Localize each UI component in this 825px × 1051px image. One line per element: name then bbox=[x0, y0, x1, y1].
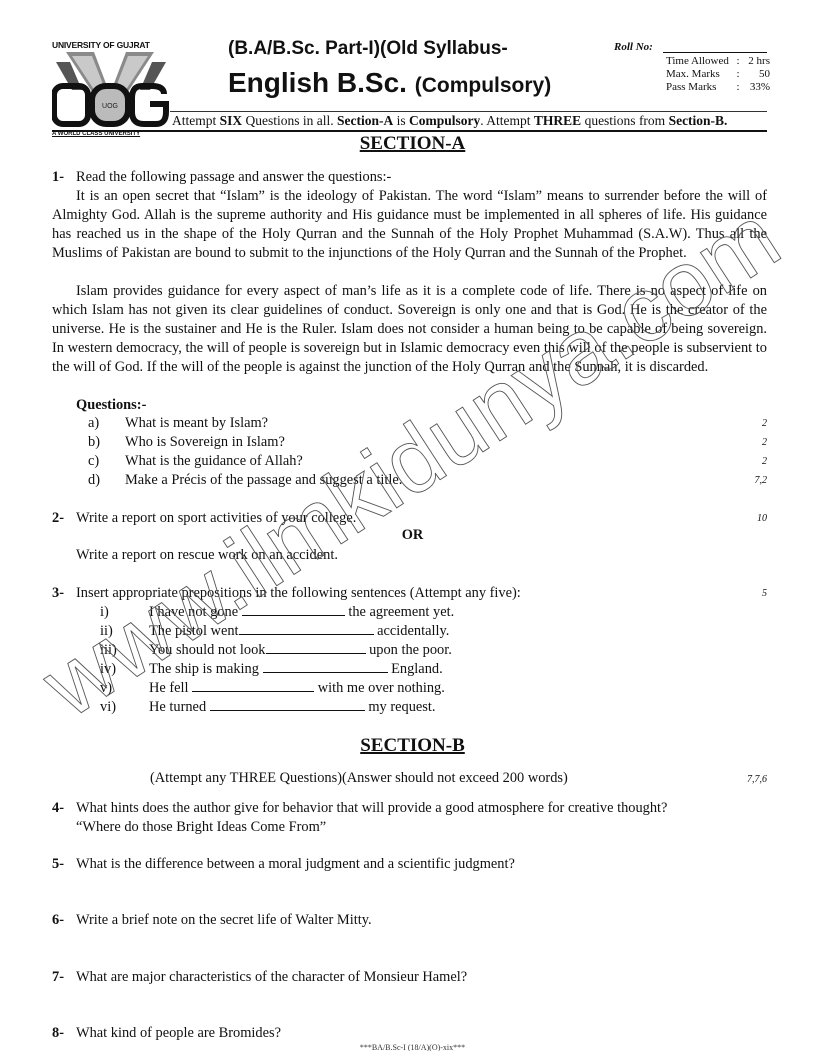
answer-blank[interactable] bbox=[239, 622, 374, 635]
section-a-heading: SECTION-A bbox=[0, 133, 825, 155]
paper-code-footer: ***BA/B.Sc-I (18/A)(O)-xix*** bbox=[0, 1043, 825, 1051]
question-7: 7- What are major characteristics of the… bbox=[52, 968, 767, 987]
sub-question-c: c)What is the guidance of Allah? bbox=[88, 452, 303, 471]
or-separator: OR bbox=[0, 527, 825, 544]
exam-subject-title: English B.Sc. (Compulsory) bbox=[228, 67, 551, 99]
roll-no-label: Roll No: bbox=[614, 41, 653, 53]
roll-no-field[interactable] bbox=[663, 52, 767, 53]
questions-label: Questions:- bbox=[76, 396, 791, 415]
answer-blank[interactable] bbox=[266, 641, 366, 654]
question-4: 4- What hints does the author give for b… bbox=[52, 799, 767, 837]
answer-blank[interactable] bbox=[242, 603, 345, 616]
answer-blank[interactable] bbox=[210, 698, 365, 711]
sub-question-d: d)Make a Précis of the passage and sugge… bbox=[88, 471, 402, 490]
passage-paragraph-1: It is an open secret that “Islam” is the… bbox=[52, 187, 767, 263]
section-b-heading: SECTION-B bbox=[0, 735, 825, 757]
exam-instructions: Attempt SIX Questions in all. Section-A … bbox=[172, 113, 727, 129]
marks-b: 2 bbox=[762, 437, 767, 448]
question-2: 2- Write a report on sport activities of… bbox=[52, 509, 767, 528]
marks-c: 2 bbox=[762, 456, 767, 467]
passage-paragraph-2: Islam provides guidance for every aspect… bbox=[52, 282, 767, 377]
exam-title-line: (B.A/B.Sc. Part-I)(Old Syllabus- bbox=[228, 38, 508, 60]
preposition-item-2: ii)The pistol went accidentally. bbox=[100, 622, 449, 641]
uog-logo-icon: UOG bbox=[52, 50, 170, 128]
marks-q3: 5 bbox=[762, 588, 767, 599]
question-8: 8- What kind of people are Bromides? bbox=[52, 1024, 767, 1043]
question-3: 3- Insert appropriate prepositions in th… bbox=[52, 584, 767, 603]
marks-a: 2 bbox=[762, 418, 767, 429]
meta-max-marks: Max. Marks:50 bbox=[666, 68, 770, 81]
preposition-item-4: iv)The ship is making England. bbox=[100, 660, 443, 679]
preposition-item-6: vi)He turned my request. bbox=[100, 698, 436, 717]
section-b-instruction: (Attempt any THREE Questions)(Answer sho… bbox=[150, 770, 568, 787]
university-name: UNIVERSITY OF GUJRAT bbox=[52, 40, 150, 50]
marks-d: 7,2 bbox=[755, 475, 768, 486]
question-number: 1- bbox=[52, 168, 64, 187]
exam-meta: Time Allowed:2 hrs Max. Marks:50 Pass Ma… bbox=[666, 55, 770, 94]
subject-name: English B.Sc. bbox=[228, 67, 407, 98]
answer-blank[interactable] bbox=[192, 679, 314, 692]
header-bottom-rule bbox=[52, 130, 767, 132]
question-6: 6- Write a brief note on the secret life… bbox=[52, 911, 767, 930]
preposition-item-3: iii)You should not look upon the poor. bbox=[100, 641, 452, 660]
sub-question-a: a)What is meant by Islam? bbox=[88, 414, 268, 433]
preposition-item-1: i)I have not gone the agreement yet. bbox=[100, 603, 454, 622]
header-divider bbox=[170, 111, 767, 112]
question-5: 5- What is the difference between a mora… bbox=[52, 855, 767, 874]
subject-type: (Compulsory) bbox=[415, 74, 552, 97]
marks-q2: 10 bbox=[757, 513, 767, 524]
svg-text:UOG: UOG bbox=[102, 103, 118, 110]
marks-section-b: 7,7,6 bbox=[747, 774, 767, 785]
sub-question-b: b)Who is Sovereign in Islam? bbox=[88, 433, 285, 452]
question-1-prompt: 1- Read the following passage and answer… bbox=[52, 168, 767, 187]
question-2-alternative: Write a report on rescue work on an acci… bbox=[52, 546, 767, 565]
university-logo: UNIVERSITY OF GUJRAT UOG A WORLD CLASS U… bbox=[52, 40, 170, 135]
meta-time-allowed: Time Allowed:2 hrs bbox=[666, 55, 770, 68]
answer-blank[interactable] bbox=[263, 660, 388, 673]
preposition-item-5: v)He fell with me over nothing. bbox=[100, 679, 445, 698]
meta-pass-marks: Pass Marks:33% bbox=[666, 81, 770, 94]
